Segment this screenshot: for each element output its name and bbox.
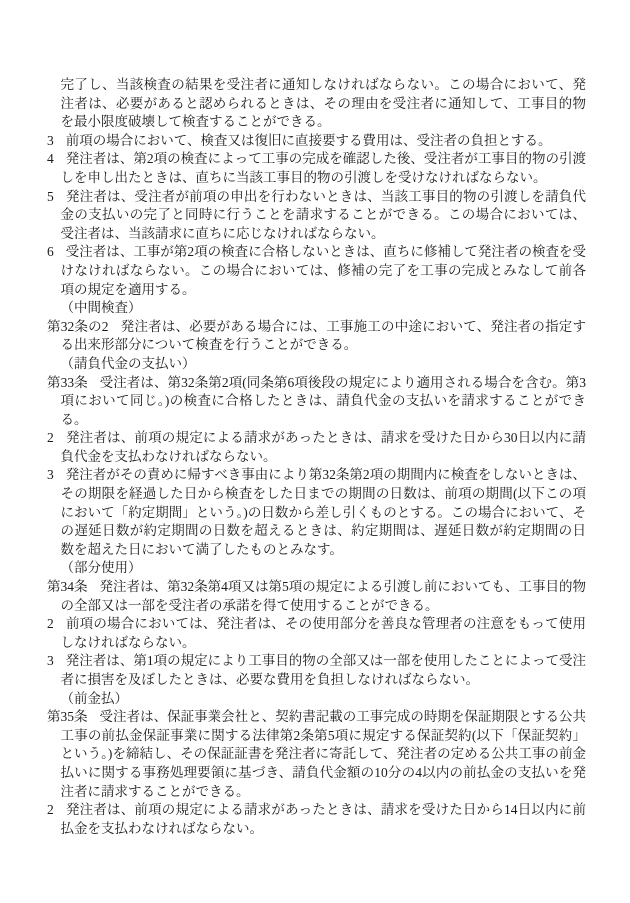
paragraph-text: 発注者は、第1項の規定により工事目的物の全部又は一部を使用したことによって受注者… — [61, 653, 587, 687]
article-paragraph: 第33条受注者は、第32条第2項(同条第6項後段の規定により適用される場合を含む… — [47, 374, 586, 430]
numbered-paragraph: 5発注者は、受注者が前項の申出を行わないときは、当該工事目的物の引渡しを請負代金… — [47, 188, 586, 244]
paragraph-number: 3 — [47, 133, 54, 148]
section-heading: （請負代金の支払い） — [61, 355, 587, 374]
paragraph-text: 発注者は、第2項の検査によって工事の完成を確認した後、受注者が工事目的物の引渡し… — [61, 151, 587, 185]
paragraph-number: 6 — [47, 244, 54, 259]
paragraph-text: 発注者は、第32条第4項又は第5項の規定による引渡し前においても、工事目的物の全… — [61, 579, 587, 613]
paragraph-text: 受注者は、工事が第2項の検査に合格しないときは、直ちに修補して発注者の検査を受け… — [61, 244, 587, 296]
numbered-paragraph: 4発注者は、第2項の検査によって工事の完成を確認した後、受注者が工事目的物の引渡… — [47, 150, 586, 187]
paragraph-number: 5 — [47, 189, 54, 204]
paragraph-text: 受注者は、第32条第2項(同条第6項後段の規定により適用される場合を含む。第3項… — [61, 375, 587, 427]
paragraph-number: 3 — [47, 653, 54, 668]
article-number: 第35条 — [47, 709, 88, 724]
paragraph-text: 発注者は、前項の規定による請求があったときは、請求を受けた日から30日以内に請負… — [61, 430, 587, 464]
article-paragraph: 第34条発注者は、第32条第4項又は第5項の規定による引渡し前においても、工事目… — [47, 578, 586, 615]
continuation-paragraph: 完了し、当該検査の結果を受注者に通知しなければならない。この場合において、発注者… — [61, 76, 587, 132]
paragraph-number: 2 — [47, 802, 54, 817]
paragraph-text: 発注者がその責めに帰すべき事由により第32条第2項の期間内に検査をしないときは、… — [61, 467, 587, 556]
numbered-paragraph: 2前項の場合においては、発注者は、その使用部分を善良な管理者の注意をもって使用し… — [47, 615, 586, 652]
paragraph-text: 完了し、当該検査の結果を受注者に通知しなければならない。この場合において、発注者… — [61, 77, 587, 129]
paragraph-text: 発注者は、前項の規定による請求があったときは、請求を受けた日から14日以内に前払… — [61, 802, 587, 836]
document-body: 完了し、当該検査の結果を受注者に通知しなければならない。この場合において、発注者… — [47, 76, 586, 838]
document-page: 完了し、当該検査の結果を受注者に通知しなければならない。この場合において、発注者… — [0, 0, 630, 903]
article-paragraph: 第32条の2発注者は、必要がある場合には、工事施工の中途において、発注者の指定す… — [47, 318, 586, 355]
paragraph-number: 4 — [47, 151, 54, 166]
paragraph-text: （請負代金の支払い） — [61, 356, 196, 371]
paragraph-text: 前項の場合においては、発注者は、その使用部分を善良な管理者の注意をもって使用しな… — [61, 616, 587, 650]
paragraph-number: 3 — [47, 467, 54, 482]
article-paragraph: 第35条受注者は、保証事業会社と、契約書記載の工事完成の時期を保証期限とする公共… — [47, 708, 586, 801]
numbered-paragraph: 3発注者は、第1項の規定により工事目的物の全部又は一部を使用したことによって受注… — [47, 652, 586, 689]
section-heading: （中間検査） — [61, 299, 587, 318]
paragraph-text: 発注者は、必要がある場合には、工事施工の中途において、発注者の指定する出来形部分… — [61, 319, 587, 353]
paragraph-text: 前項の場合において、検査又は復旧に直接要する費用は、受注者の負担とする。 — [66, 133, 552, 148]
numbered-paragraph: 2発注者は、前項の規定による請求があったときは、請求を受けた日から30日以内に請… — [47, 429, 586, 466]
paragraph-number: 2 — [47, 616, 54, 631]
numbered-paragraph: 2発注者は、前項の規定による請求があったときは、請求を受けた日から14日以内に前… — [47, 801, 586, 838]
numbered-paragraph: 3前項の場合において、検査又は復旧に直接要する費用は、受注者の負担とする。 — [47, 132, 586, 151]
paragraph-text: （部分使用） — [61, 560, 142, 575]
section-heading: （前金払） — [61, 690, 587, 709]
paragraph-text: （前金払） — [61, 691, 129, 706]
article-number: 第33条 — [47, 375, 88, 390]
article-number: 第34条 — [47, 579, 88, 594]
section-heading: （部分使用） — [61, 559, 587, 578]
numbered-paragraph: 6受注者は、工事が第2項の検査に合格しないときは、直ちに修補して発注者の検査を受… — [47, 243, 586, 299]
paragraph-text: 発注者は、受注者が前項の申出を行わないときは、当該工事目的物の引渡しを請負代金の… — [61, 189, 587, 241]
numbered-paragraph: 3発注者がその責めに帰すべき事由により第32条第2項の期間内に検査をしないときは… — [47, 466, 586, 559]
article-number: 第32条の2 — [47, 319, 109, 334]
paragraph-number: 2 — [47, 430, 54, 445]
paragraph-text: （中間検査） — [61, 300, 142, 315]
paragraph-text: 受注者は、保証事業会社と、契約書記載の工事完成の時期を保証期限とする公共工事の前… — [61, 709, 587, 798]
